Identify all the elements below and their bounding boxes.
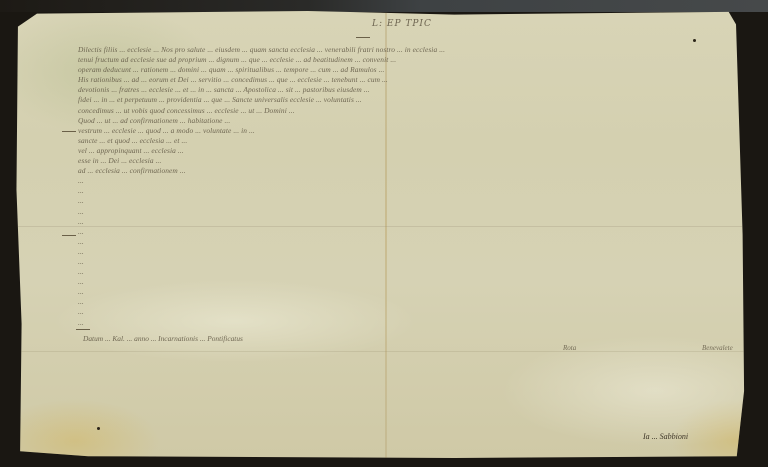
charter-text-body: Dilectis filiis ... ecclesie ... Nos pro… — [78, 45, 728, 328]
text-line: ad ... ecclesia ... confirmationem ... — [78, 166, 728, 176]
text-line: ... — [78, 176, 728, 186]
text-line: ... — [78, 307, 728, 317]
text-line: ... — [78, 257, 728, 267]
horizontal-fold-line-lower — [15, 351, 747, 352]
text-line: Quod ... ut ... ad confirmationem ... ha… — [78, 116, 728, 126]
text-line: Dilectis filiis ... ecclesie ... Nos pro… — [78, 45, 728, 55]
text-line: fidei ... in ... et perpetuum ... provid… — [78, 95, 728, 105]
text-line: ... — [78, 227, 728, 237]
margin-mark — [356, 37, 370, 38]
text-line: vel ... appropinquant ... ecclesia ... — [78, 146, 728, 156]
margin-mark — [62, 235, 76, 236]
margin-mark — [76, 329, 90, 330]
ink-dot — [97, 427, 100, 430]
text-line: ... — [78, 207, 728, 217]
margin-mark — [62, 131, 76, 132]
signature-rota: Rota — [563, 344, 576, 352]
background-top-band — [0, 0, 768, 12]
text-line: His rationibus ... ad ... eorum et Dei .… — [78, 75, 728, 85]
text-line: ... — [78, 247, 728, 257]
text-line: ... — [78, 277, 728, 287]
text-line: sancte ... et quod ... ecclesia ... et .… — [78, 136, 728, 146]
dating-clause: Datum ... Kal. ... anno ... Incarnationi… — [83, 334, 243, 343]
text-line: ... — [78, 287, 728, 297]
text-line: ... — [78, 237, 728, 247]
text-line: ... — [78, 267, 728, 277]
text-line: devotionis ... fratres ... ecclesie ... … — [78, 85, 728, 95]
archival-note: Ia ... Sabbioni — [643, 432, 688, 441]
text-line: ... — [78, 196, 728, 206]
text-line: concedimus ... ut vobis quod concessimus… — [78, 106, 728, 116]
text-line: operam deducunt ... rationem ... domini … — [78, 65, 728, 75]
text-line: ... — [78, 297, 728, 307]
header-mark: L: EP TPIC — [372, 19, 432, 29]
text-line: esse in ... Dei ... ecclesia ... — [78, 156, 728, 166]
text-line: vestrum ... ecclesie ... quod ... a modo… — [78, 126, 728, 136]
signature-benevalete: Benevalete — [702, 344, 733, 352]
ink-dot — [693, 39, 696, 42]
text-line: ... — [78, 318, 728, 328]
text-line: ... — [78, 186, 728, 196]
text-line: tenui fructum ad ecclesie sue ad propriu… — [78, 55, 728, 65]
text-line: ... — [78, 217, 728, 227]
